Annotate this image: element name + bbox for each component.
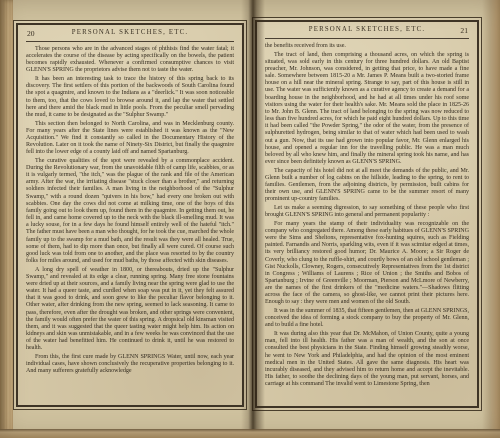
right-header-rule <box>265 38 469 39</box>
book-right-page-edges <box>482 0 500 438</box>
left-page-number: 20 <box>27 29 35 38</box>
paragraph: It was during also this year that Dr. Mc… <box>265 331 469 388</box>
book-spread: 20 PERSONAL SKETCHES, ETC. Those persons… <box>0 0 500 438</box>
right-page-text: the benefits received from its use. The … <box>265 43 469 388</box>
paragraph: It has been an interesting task to trace… <box>26 76 234 119</box>
right-page: 21 PERSONAL SKETCHES, ETC. the benefits … <box>252 17 482 411</box>
left-page-text: Those persons who are in the advanced st… <box>26 46 234 376</box>
right-page-inner-border: 21 PERSONAL SKETCHES, ETC. the benefits … <box>255 20 479 408</box>
left-page: 20 PERSONAL SKETCHES, ETC. Those persons… <box>13 20 247 410</box>
paragraph: The capacity of his hotel did not at all… <box>265 168 469 204</box>
left-page-head: 20 PERSONAL SKETCHES, ETC. <box>26 29 234 40</box>
paragraph: This section then belonged to North Caro… <box>26 121 234 157</box>
left-running-header: PERSONAL SKETCHES, ETC. <box>26 29 234 36</box>
right-page-head: 21 PERSONAL SKETCHES, ETC. <box>265 26 469 37</box>
right-page-outer-border: 21 PERSONAL SKETCHES, ETC. the benefits … <box>252 17 482 411</box>
left-header-rule <box>26 41 234 42</box>
left-page-outer-border: 20 PERSONAL SKETCHES, ETC. Those persons… <box>13 20 247 410</box>
paragraph: For many years the stamp of their indivi… <box>265 221 469 307</box>
paragraph: The tract of land, then comprising a tho… <box>265 52 469 167</box>
paragraph: Those persons who are in the advanced st… <box>26 46 234 75</box>
book-bottom-page-edges <box>0 429 500 438</box>
book-left-page-edges <box>0 0 13 438</box>
paragraph: the benefits received from its use. <box>265 43 469 50</box>
right-page-number: 21 <box>460 26 468 35</box>
paragraph: A long dry spell of weather in 1800, or … <box>26 267 234 353</box>
paragraph: Let us make a seeming digression, to say… <box>265 205 469 219</box>
paragraph: It was in the summer of 1835, that fifte… <box>265 308 469 329</box>
right-running-header: PERSONAL SKETCHES, ETC. <box>265 26 469 33</box>
paragraph: The curative qualities of the spot were … <box>26 158 234 265</box>
left-page-inner-border: 20 PERSONAL SKETCHES, ETC. Those persons… <box>16 23 244 407</box>
paragraph: From this, the first cure made by GLENN … <box>26 354 234 375</box>
